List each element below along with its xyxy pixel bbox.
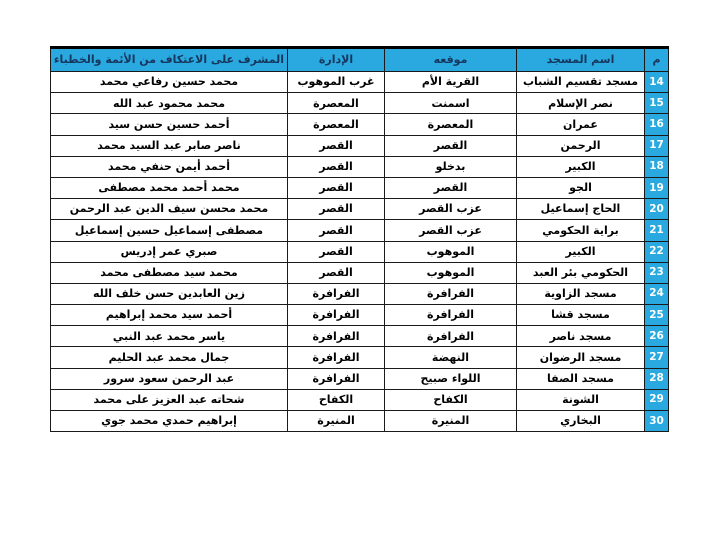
- cell-location: القصر: [385, 177, 517, 198]
- cell-location: الموهوب: [385, 262, 517, 283]
- table-row: 24مسجد الزاويةالفرافرةالفرافرةزين العابد…: [51, 283, 669, 304]
- cell-supervisor: شحاته عبد العزيز على محمد: [51, 389, 288, 410]
- header-mosque-name: اسم المسجد: [517, 48, 645, 72]
- cell-location: الكفاح: [385, 389, 517, 410]
- table-row: 18الكبيربدخلوالقصرأحمد أيمن حنفي محمد: [51, 156, 669, 177]
- cell-row-number: 15: [645, 93, 669, 114]
- cell-location: عزب القصر: [385, 220, 517, 241]
- cell-supervisor: زين العابدين حسن خلف الله: [51, 283, 288, 304]
- cell-administration: القصر: [288, 220, 385, 241]
- cell-supervisor: جمال محمد عبد الحليم: [51, 347, 288, 368]
- cell-mosque-name: مسجد الرضوان: [517, 347, 645, 368]
- cell-location: الفرافرة: [385, 305, 517, 326]
- cell-location: اللواء صبيح: [385, 368, 517, 389]
- cell-row-number: 20: [645, 199, 669, 220]
- cell-row-number: 24: [645, 283, 669, 304]
- cell-mosque-name: الكبير: [517, 156, 645, 177]
- cell-location: اسمنت: [385, 93, 517, 114]
- header-location: موقعه: [385, 48, 517, 72]
- cell-location: الفرافرة: [385, 283, 517, 304]
- header-supervisor: المشرف على الاعتكاف من الأئمة والخطباء: [51, 48, 288, 72]
- cell-row-number: 18: [645, 156, 669, 177]
- cell-row-number: 29: [645, 389, 669, 410]
- cell-mosque-name: مسجد الصفا: [517, 368, 645, 389]
- cell-supervisor: محمد محمود عبد الله: [51, 93, 288, 114]
- cell-mosque-name: الجو: [517, 177, 645, 198]
- cell-administration: القصر: [288, 156, 385, 177]
- cell-row-number: 14: [645, 72, 669, 93]
- cell-location: القرية الأم: [385, 72, 517, 93]
- cell-row-number: 17: [645, 135, 669, 156]
- cell-supervisor: محمد حسين رفاعي محمد: [51, 72, 288, 93]
- cell-row-number: 27: [645, 347, 669, 368]
- table-body: 14مسجد تقسيم الشبابالقرية الأمغرب الموهو…: [51, 72, 669, 432]
- cell-mosque-name: مسجد تقسيم الشباب: [517, 72, 645, 93]
- cell-administration: الفرافرة: [288, 283, 385, 304]
- table-row: 23الحكومي بئر العبدالموهوبالقصرمحمد سيد …: [51, 262, 669, 283]
- cell-location: المنيرة: [385, 411, 517, 432]
- cell-location: القصر: [385, 135, 517, 156]
- cell-administration: الفرافرة: [288, 305, 385, 326]
- cell-supervisor: أحمد سيد محمد إبراهيم: [51, 305, 288, 326]
- cell-location: الفرافرة: [385, 326, 517, 347]
- cell-mosque-name: الرحمن: [517, 135, 645, 156]
- cell-row-number: 25: [645, 305, 669, 326]
- cell-row-number: 16: [645, 114, 669, 135]
- header-row: م اسم المسجد موقعه الإدارة المشرف على ال…: [51, 48, 669, 72]
- cell-mosque-name: مسجد ناصر: [517, 326, 645, 347]
- table-row: 29الشونةالكفاحالكفاحشحاته عبد العزيز على…: [51, 389, 669, 410]
- cell-row-number: 23: [645, 262, 669, 283]
- table-row: 27مسجد الرضوانالنهضةالفرافرةجمال محمد عب…: [51, 347, 669, 368]
- cell-administration: المعصرة: [288, 93, 385, 114]
- cell-mosque-name: براية الحكومي: [517, 220, 645, 241]
- cell-location: الموهوب: [385, 241, 517, 262]
- cell-supervisor: ناصر صابر عبد السيد محمد: [51, 135, 288, 156]
- cell-supervisor: محمد سيد مصطفى محمد: [51, 262, 288, 283]
- table-row: 14مسجد تقسيم الشبابالقرية الأمغرب الموهو…: [51, 72, 669, 93]
- cell-location: عزب القصر: [385, 199, 517, 220]
- cell-administration: المنيرة: [288, 411, 385, 432]
- cell-administration: القصر: [288, 262, 385, 283]
- cell-mosque-name: الشونة: [517, 389, 645, 410]
- cell-supervisor: أحمد حسين حسن سيد: [51, 114, 288, 135]
- cell-supervisor: أحمد أيمن حنفي محمد: [51, 156, 288, 177]
- cell-mosque-name: الحكومي بئر العبد: [517, 262, 645, 283]
- cell-row-number: 22: [645, 241, 669, 262]
- header-num: م: [645, 48, 669, 72]
- cell-administration: الفرافرة: [288, 326, 385, 347]
- cell-row-number: 28: [645, 368, 669, 389]
- cell-location: بدخلو: [385, 156, 517, 177]
- table-row: 15نصر الإسلاماسمنتالمعصرةمحمد محمود عبد …: [51, 93, 669, 114]
- table-row: 28مسجد الصفااللواء صبيحالفرافرةعبد الرحم…: [51, 368, 669, 389]
- cell-mosque-name: مسجد قشا: [517, 305, 645, 326]
- table-row: 19الجوالقصرالقصرمحمد أحمد محمد مصطفى: [51, 177, 669, 198]
- table-row: 22الكبيرالموهوبالقصرصبري عمر إدريس: [51, 241, 669, 262]
- cell-location: المعصرة: [385, 114, 517, 135]
- cell-mosque-name: مسجد الزاوية: [517, 283, 645, 304]
- cell-administration: غرب الموهوب: [288, 72, 385, 93]
- cell-supervisor: مصطفى إسماعيل حسين إسماعيل: [51, 220, 288, 241]
- cell-supervisor: محمد محسن سيف الدين عبد الرحمن: [51, 199, 288, 220]
- header-administration: الإدارة: [288, 48, 385, 72]
- cell-mosque-name: الحاج إسماعيل: [517, 199, 645, 220]
- cell-administration: الكفاح: [288, 389, 385, 410]
- cell-administration: المعصرة: [288, 114, 385, 135]
- cell-supervisor: إبراهيم حمدي محمد جوي: [51, 411, 288, 432]
- table-row: 26مسجد ناصرالفرافرةالفرافرةياسر محمد عبد…: [51, 326, 669, 347]
- cell-mosque-name: البخاري: [517, 411, 645, 432]
- cell-supervisor: محمد أحمد محمد مصطفى: [51, 177, 288, 198]
- cell-row-number: 19: [645, 177, 669, 198]
- table-row: 17الرحمنالقصرالقصرناصر صابر عبد السيد مح…: [51, 135, 669, 156]
- cell-mosque-name: الكبير: [517, 241, 645, 262]
- cell-administration: القصر: [288, 177, 385, 198]
- cell-row-number: 26: [645, 326, 669, 347]
- cell-mosque-name: عمران: [517, 114, 645, 135]
- table-row: 20الحاج إسماعيلعزب القصرالقصرمحمد محسن س…: [51, 199, 669, 220]
- cell-administration: القصر: [288, 135, 385, 156]
- cell-mosque-name: نصر الإسلام: [517, 93, 645, 114]
- cell-administration: الفرافرة: [288, 347, 385, 368]
- cell-location: النهضة: [385, 347, 517, 368]
- cell-supervisor: عبد الرحمن سعود سرور: [51, 368, 288, 389]
- cell-administration: القصر: [288, 241, 385, 262]
- cell-supervisor: صبري عمر إدريس: [51, 241, 288, 262]
- table-row: 21براية الحكوميعزب القصرالقصرمصطفى إسماع…: [51, 220, 669, 241]
- table-row: 30البخاريالمنيرةالمنيرةإبراهيم حمدي محمد…: [51, 411, 669, 432]
- cell-row-number: 21: [645, 220, 669, 241]
- cell-row-number: 30: [645, 411, 669, 432]
- cell-administration: القصر: [288, 199, 385, 220]
- table-row: 25مسجد قشاالفرافرةالفرافرةأحمد سيد محمد …: [51, 305, 669, 326]
- cell-supervisor: ياسر محمد عبد النبي: [51, 326, 288, 347]
- document-page: م اسم المسجد موقعه الإدارة المشرف على ال…: [0, 0, 720, 556]
- mosques-itikaf-table: م اسم المسجد موقعه الإدارة المشرف على ال…: [50, 46, 669, 432]
- cell-administration: الفرافرة: [288, 368, 385, 389]
- table-row: 16عمرانالمعصرةالمعصرةأحمد حسين حسن سيد: [51, 114, 669, 135]
